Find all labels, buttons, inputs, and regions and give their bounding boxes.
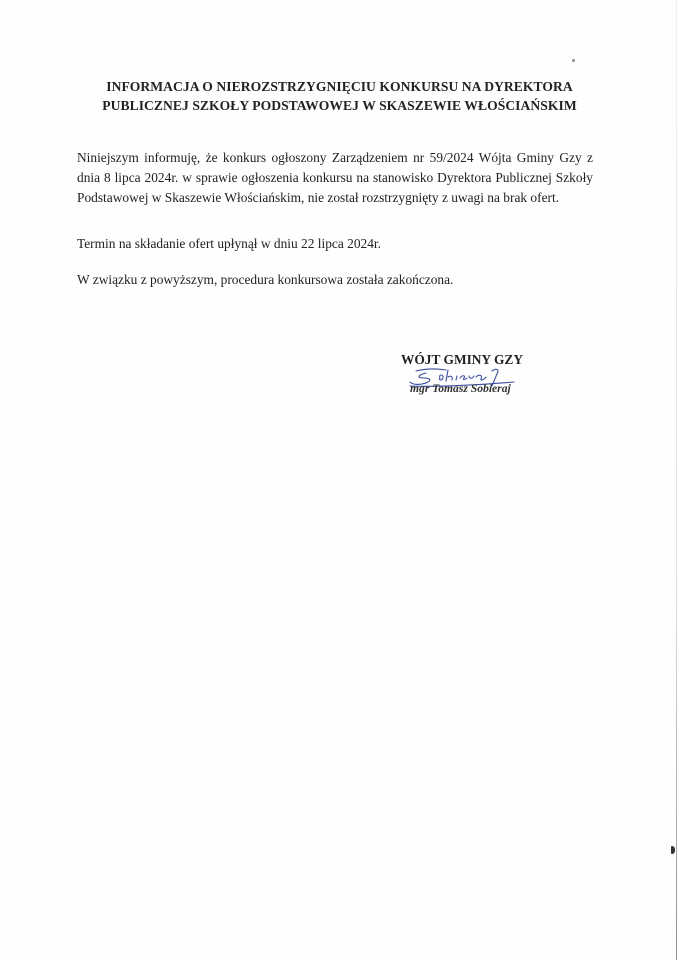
scan-edge-line <box>676 0 677 960</box>
paragraph-conclusion: W związku z powyższym, procedura konkurs… <box>77 270 593 290</box>
signatory-name: mgr Tomasz Sobieraj <box>410 382 511 395</box>
scanned-document-page: INFORMACJA O NIEROZSTRZYGNIĘCIU KONKURSU… <box>0 0 679 960</box>
paragraph-main-notice: Niniejszym informuję, że konkurs ogłoszo… <box>77 148 593 209</box>
title-line-1: INFORMACJA O NIEROZSTRZYGNIĘCIU KONKURSU… <box>102 77 577 96</box>
scan-speck <box>572 59 575 62</box>
title-line-2: PUBLICZNEJ SZKOŁY PODSTAWOWEJ W SKASZEWI… <box>102 96 577 115</box>
scan-margin-mark <box>671 846 675 854</box>
document-title: INFORMACJA O NIEROZSTRZYGNIĘCIU KONKURSU… <box>102 77 577 115</box>
paragraph-deadline: Termin na składanie ofert upłynął w dniu… <box>77 234 593 254</box>
